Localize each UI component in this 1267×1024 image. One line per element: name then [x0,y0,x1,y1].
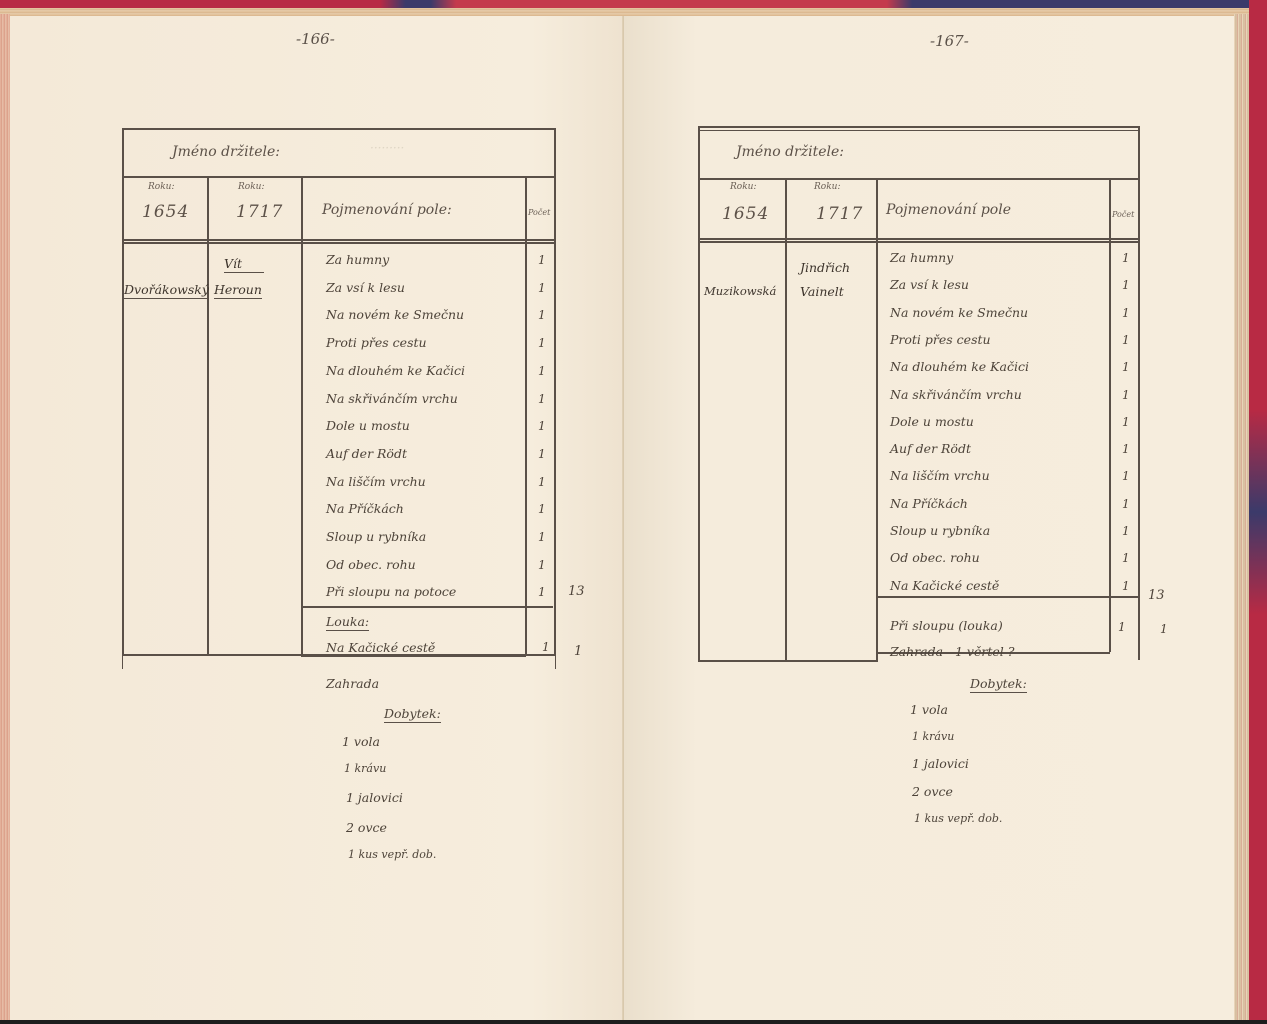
table-title: Jméno držitele: [736,144,844,160]
livestock-item: 1 kus vepř. dob. [914,812,1002,825]
field-row: Za humny [890,250,953,265]
field-count: 1 [538,447,546,461]
book-cover-right [1249,0,1267,1024]
holder-1717-first: Vít [224,256,264,273]
field-count: 1 [538,392,546,406]
holder-1654: Muzikowská [704,284,776,298]
field-count: 1 [538,502,546,516]
livestock-item: 1 jalovici [912,756,969,771]
extra-row-count: 1 [1118,620,1126,634]
table-title: Jméno držitele: [172,144,280,160]
field-count: 1 [1122,333,1130,347]
left-page: -166- ········· Jméno držitele: Roku: 16… [10,16,624,1024]
field-count: 1 [1122,251,1130,265]
livestock-item: 1 vola [342,734,380,749]
field-name-header: Pojmenování pole [886,202,1011,218]
field-count: 1 [1122,579,1130,593]
field-row: Na dlouhém ke Kačici [890,359,1029,374]
field-count: 1 [1122,415,1130,429]
field-row: Sloup u rybníka [326,529,426,544]
field-row: Auf der Rödt [890,441,971,456]
field-row: Od obec. rohu [890,550,980,565]
livestock-item: 2 ovce [912,784,953,799]
livestock-heading: Dobytek: [384,706,441,723]
field-row: Při sloupu na potoce [326,584,456,599]
holder-1717-last: Vainelt [800,284,844,299]
livestock-item: 1 vola [910,702,948,717]
field-count: 1 [1122,497,1130,511]
livestock-item: 1 krávu [912,730,954,743]
extra-row: Zahrada 1 věrtel ? [890,644,1014,659]
fields-total: 13 [568,584,585,599]
field-count: 1 [538,281,546,295]
field-count: 1 [1122,524,1130,538]
right-page: -167- Jméno držitele: Roku: 1654 Roku: 1… [624,16,1234,1024]
field-count: 1 [538,419,546,433]
field-count: 1 [1122,388,1130,402]
field-row: Na novém ke Smečnu [890,305,1028,320]
livestock-heading: Dobytek: [970,676,1027,693]
count-header: Počet [528,208,550,217]
field-row: Od obec. rohu [326,557,416,572]
field-count: 1 [538,336,546,350]
meadow-count: 1 [542,640,550,654]
field-row: Na dlouhém ke Kačici [326,363,465,378]
page-number: -167- [930,32,969,50]
field-count: 1 [1122,360,1130,374]
year1-header: 1654 [142,202,189,222]
livestock-item: 1 kus vepř. dob. [348,848,436,861]
field-count: 1 [538,364,546,378]
livestock-item: 1 jalovici [346,790,403,805]
field-count: 1 [1122,306,1130,320]
field-count: 1 [538,308,546,322]
field-row: Sloup u rybníka [890,523,990,538]
field-count: 1 [1122,442,1130,456]
scan-bottom-edge [0,1020,1267,1024]
livestock-item: 1 krávu [344,762,386,775]
field-row: Proti přes cestu [890,332,991,347]
field-count: 1 [1122,278,1130,292]
field-row: Auf der Rödt [326,446,407,461]
field-count: 1 [538,558,546,572]
year1-label: Roku: [730,182,756,192]
field-row: Na liščím vrchu [890,468,990,483]
meadow-row: Na Kačické cestě [326,640,435,655]
year1-header: 1654 [722,204,769,224]
count-header: Počet [1112,210,1134,219]
extra-row: Při sloupu (louka) [890,618,1003,633]
field-row: Na liščím vrchu [326,474,426,489]
extra-row-total: 1 [1160,622,1168,636]
fields-total: 13 [1148,588,1165,603]
field-row: Na Příčkách [326,501,404,516]
year1-label: Roku: [148,182,174,192]
holder-1717-last: Heroun [214,282,262,299]
holder-1654: Dvořákowský [124,282,209,299]
field-row: Za vsí k lesu [326,280,405,295]
field-row: Dole u mostu [326,418,410,433]
field-row: Za humny [326,252,389,267]
field-count: 1 [538,253,546,267]
page-edges-top [0,8,1249,16]
field-row: Proti přes cestu [326,335,427,350]
field-row: Na Příčkách [890,496,968,511]
meadow-heading: Louka: [326,614,369,631]
year2-label: Roku: [814,182,840,192]
garden-label: Zahrada [326,676,379,691]
field-count: 1 [1122,469,1130,483]
field-count: 1 [1122,551,1130,565]
page-edges-left [0,14,10,1024]
field-row: Na skřivánčím vrchu [890,387,1022,402]
field-count: 1 [538,475,546,489]
page-edges-right [1234,14,1249,1024]
year2-label: Roku: [238,182,264,192]
field-row: Na skřivánčím vrchu [326,391,458,406]
year2-header: 1717 [816,204,863,224]
field-count: 1 [538,530,546,544]
field-row: Za vsí k lesu [890,277,969,292]
field-row: Na Kačické cestě [890,578,999,593]
year2-header: 1717 [236,202,283,222]
field-row: Na novém ke Smečnu [326,307,464,322]
field-row: Dole u mostu [890,414,974,429]
field-name-header: Pojmenování pole: [322,202,452,218]
field-count: 1 [538,585,546,599]
livestock-item: 2 ovce [346,820,387,835]
page-number: -166- [296,30,335,48]
holder-1717-first: Jindřich [800,260,850,275]
meadows-total: 1 [574,644,582,659]
